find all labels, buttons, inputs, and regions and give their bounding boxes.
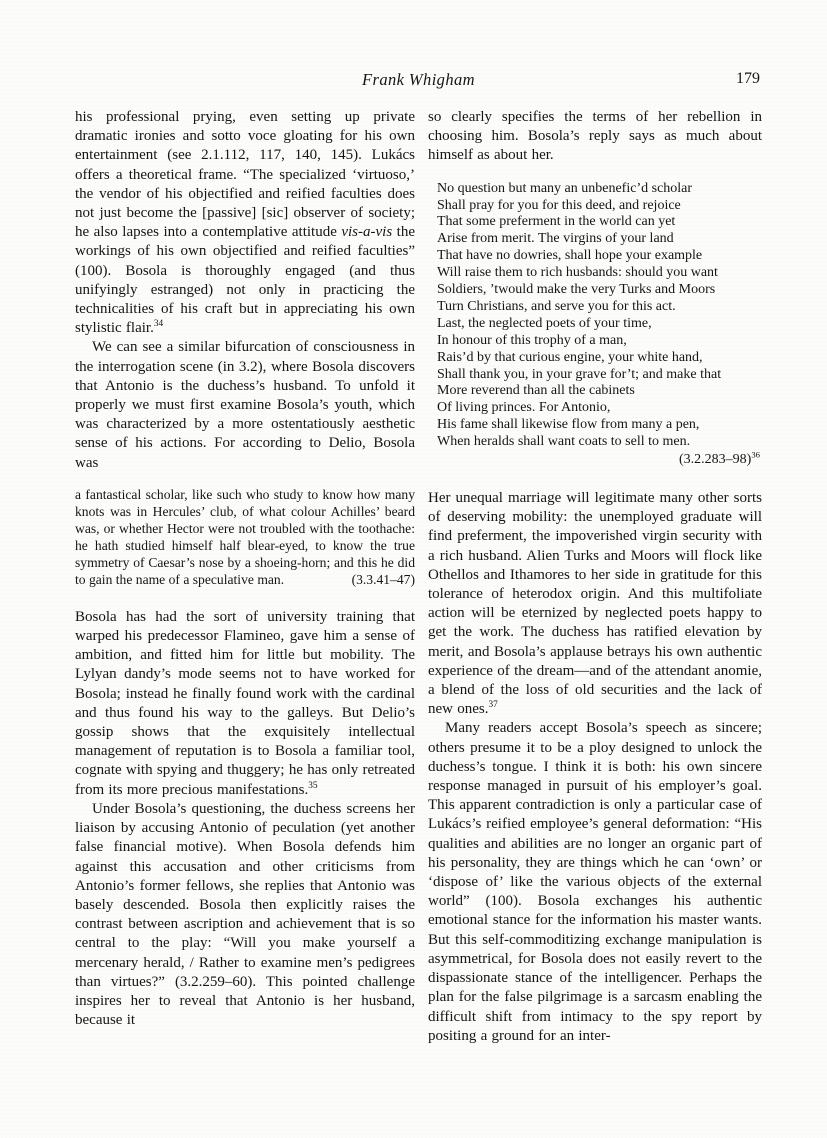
- footnote-marker: 36: [751, 449, 760, 459]
- verse-line: Shall pray for you for this deed, and re…: [437, 198, 762, 215]
- footnote-marker: 37: [489, 700, 498, 710]
- footnote-marker: 35: [308, 781, 317, 791]
- verse-line: In honour of this trophy of a man,: [437, 333, 762, 350]
- verse-line: Of living princes. For Antonio,: [437, 400, 762, 417]
- text-run: Bosola has had the sort of university tr…: [75, 609, 415, 798]
- verse-line: Last, the neglected poets of your time,: [437, 316, 762, 333]
- verse-line: Will raise them to rich husbands: should…: [437, 265, 762, 282]
- paragraph: Under Bosola’s questioning, the duchess …: [75, 800, 415, 1030]
- text-run: so clearly specifies the terms of her re…: [428, 109, 762, 163]
- page-content: Frank Whigham 179 his professional pryin…: [75, 70, 762, 1046]
- paragraph: Many readers accept Bosola’s speech as s…: [428, 719, 762, 1045]
- verse-line: Turn Christians, and serve you for this …: [437, 299, 762, 316]
- paragraph: so clearly specifies the terms of her re…: [428, 108, 762, 166]
- verse-line: When heralds shall want coats to sell to…: [437, 434, 762, 451]
- verse-line: That some preferment in the world can ye…: [437, 214, 762, 231]
- paragraph: We can see a similar bifurcation of cons…: [75, 338, 415, 472]
- quote-citation: (3.3.41–47): [352, 571, 415, 588]
- footnote-marker: 34: [154, 319, 163, 329]
- verse-line: More reverend than all the cabinets: [437, 383, 762, 400]
- text-run: Under Bosola’s questioning, the duchess …: [75, 801, 415, 1028]
- left-column: his professional prying, even setting up…: [75, 108, 415, 1046]
- paragraph: his professional prying, even setting up…: [75, 108, 415, 338]
- text-run: Her unequal marriage will legitimate man…: [428, 490, 762, 717]
- paragraph: Her unequal marriage will legitimate man…: [428, 489, 762, 719]
- verse-line: Rais’d by that curious engine, your whit…: [437, 350, 762, 367]
- italic-text-run: vis-a-vis: [341, 224, 392, 240]
- page-number: 179: [736, 70, 760, 88]
- two-column-text: his professional prying, even setting up…: [75, 108, 762, 1046]
- right-column: so clearly specifies the terms of her re…: [428, 108, 762, 1046]
- block-quote: a fantastical scholar, like such who stu…: [75, 486, 415, 588]
- verse-quote: No question but many an unbenefic’d scho…: [428, 181, 762, 469]
- verse-line: Shall thank you, in your grave for’t; an…: [437, 367, 762, 384]
- verse-line: Soldiers, ’twould make the very Turks an…: [437, 282, 762, 299]
- text-run: We can see a similar bifurcation of cons…: [75, 339, 415, 470]
- running-head-author: Frank Whigham: [75, 70, 762, 90]
- quote-citation: (3.2.283–98)36: [437, 452, 762, 469]
- text-run: the workings of his own objectified and …: [75, 224, 415, 336]
- text-run: Many readers accept Bosola’s speech as s…: [428, 720, 762, 1043]
- running-head: Frank Whigham 179: [75, 70, 762, 92]
- verse-line: Arise from merit. The virgins of your la…: [437, 231, 762, 248]
- citation-text: (3.2.283–98): [679, 452, 751, 467]
- verse-line: That have no dowries, shall hope your ex…: [437, 248, 762, 265]
- verse-line: No question but many an unbenefic’d scho…: [437, 181, 762, 198]
- verse-line: His fame shall likewise flow from many a…: [437, 417, 762, 434]
- scanned-paper-page: Frank Whigham 179 his professional pryin…: [0, 0, 827, 1138]
- text-run: his professional prying, even setting up…: [75, 109, 415, 240]
- paragraph: Bosola has had the sort of university tr…: [75, 608, 415, 800]
